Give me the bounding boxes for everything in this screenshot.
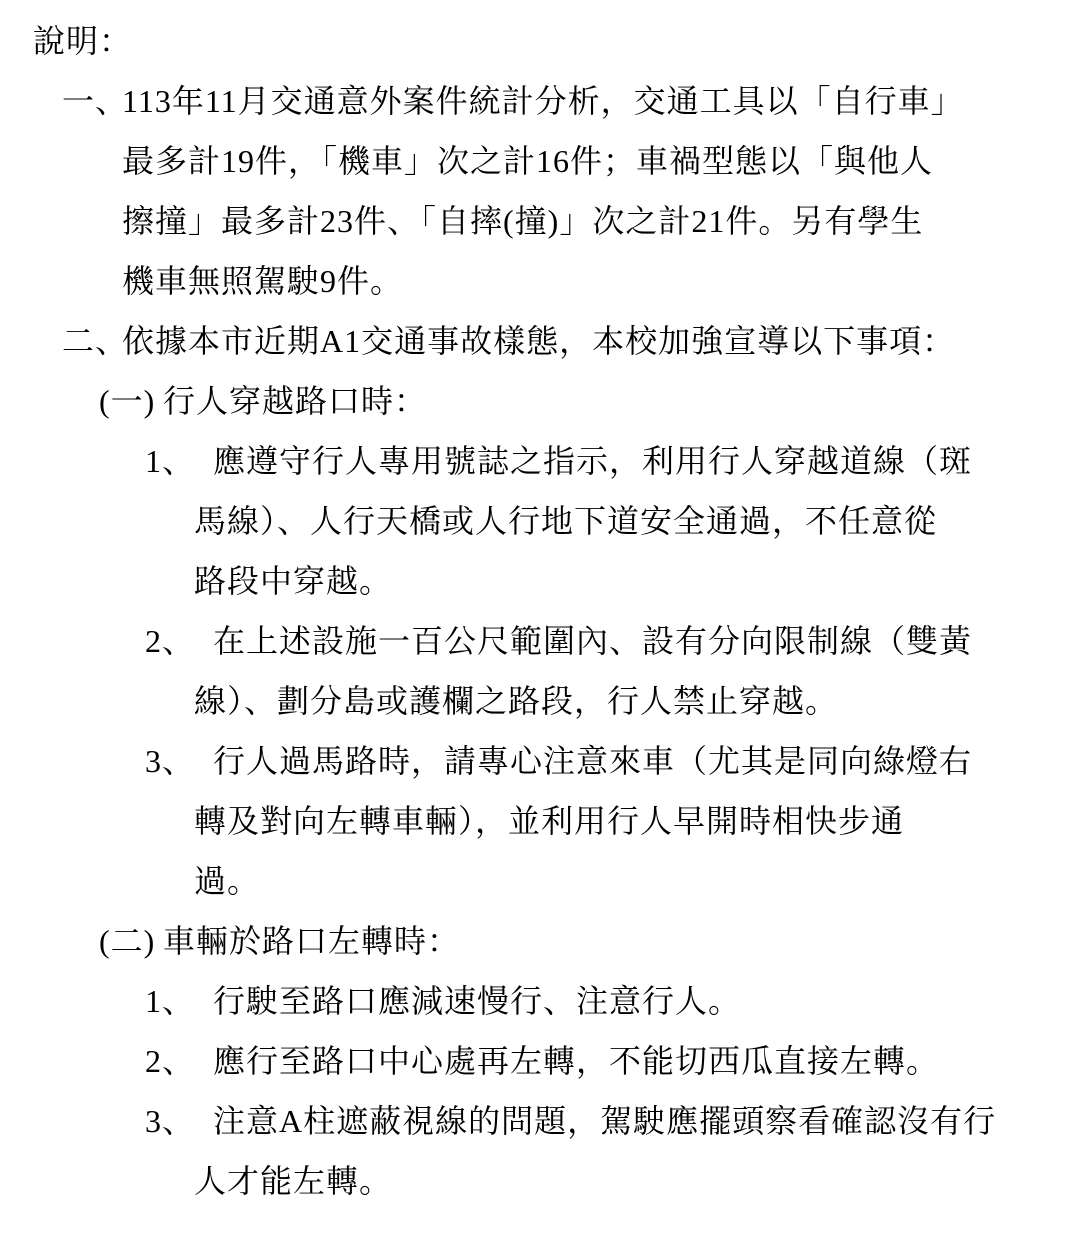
sub2-point-1-line-1: 1、行駛至路口應減速慢行、注意行人。 [0,971,1068,1031]
item-1-text: 113年11月交通意外案件統計分析，交通工具以「自行車」 [122,83,964,119]
item-1-marker: 一、 [62,71,122,131]
sub2-point-3-line-2: 人才能左轉。 [0,1151,1068,1211]
item-2-line-1: 二、依據本市近期A1交通事故樣態，本校加強宣導以下事項： [0,311,1068,371]
sub2-point-1-marker: 1、 [145,971,213,1031]
sub1-point-3-line-2: 轉及對向左轉車輛），並利用行人早開時相快步通 [0,791,1068,851]
sub2-point-2-marker: 2、 [145,1031,213,1091]
sub2-point-3-line-1: 3、注意A柱遮蔽視線的問題，駕駛應擺頭察看確認沒有行 [0,1091,1068,1151]
item-1-line-4: 機車無照駕駛9件。 [0,251,1068,311]
heading-text: 說明： [33,23,132,59]
sub1-point-2-marker: 2、 [145,611,213,671]
item-2-text: 依據本市近期A1交通事故樣態，本校加強宣導以下事項： [122,323,955,359]
sub1-point-2-line-1: 2、在上述設施一百公尺範圍內、設有分向限制線（雙黃 [0,611,1068,671]
item-2-marker: 二、 [62,311,122,371]
explanation-heading: 說明： [0,11,1068,71]
item-1-line-2: 最多計19件，「機車」次之計16件；車禍型態以「與他人 [0,131,1068,191]
subsection-2-heading: (二)車輛於路口左轉時： [0,911,1068,971]
document-page: 說明： 一、113年11月交通意外案件統計分析，交通工具以「自行車」 最多計19… [0,0,1068,1244]
sub2-point-3-marker: 3、 [145,1091,213,1151]
sub2-point-2-line-1: 2、應行至路口中心處再左轉，不能切西瓜直接左轉。 [0,1031,1068,1091]
subsection-2-marker: (二) [99,911,163,971]
item-1-line-1: 一、113年11月交通意外案件統計分析，交通工具以「自行車」 [0,71,1068,131]
subsection-2-text: 車輛於路口左轉時： [163,923,460,959]
item-1-line-3: 擦撞」最多計23件、「自摔(撞)」次之計21件。另有學生 [0,191,1068,251]
sub1-point-3-line-3: 過。 [0,851,1068,911]
sub1-point-2-line-2: 線）、劃分島或護欄之路段，行人禁止穿越。 [0,671,1068,731]
subsection-1-marker: (一) [99,371,163,431]
sub1-point-3-line-1: 3、行人過馬路時，請專心注意來車（尤其是同向綠燈右 [0,731,1068,791]
sub1-point-3-marker: 3、 [145,731,213,791]
sub1-point-1-marker: 1、 [145,431,213,491]
sub1-point-1-line-3: 路段中穿越。 [0,551,1068,611]
subsection-1-heading: (一)行人穿越路口時： [0,371,1068,431]
sub1-point-1-line-2: 馬線）、人行天橋或人行地下道安全通過，不任意從 [0,491,1068,551]
sub1-point-1-line-1: 1、應遵守行人專用號誌之指示，利用行人穿越道線（斑 [0,431,1068,491]
subsection-1-text: 行人穿越路口時： [163,383,427,419]
